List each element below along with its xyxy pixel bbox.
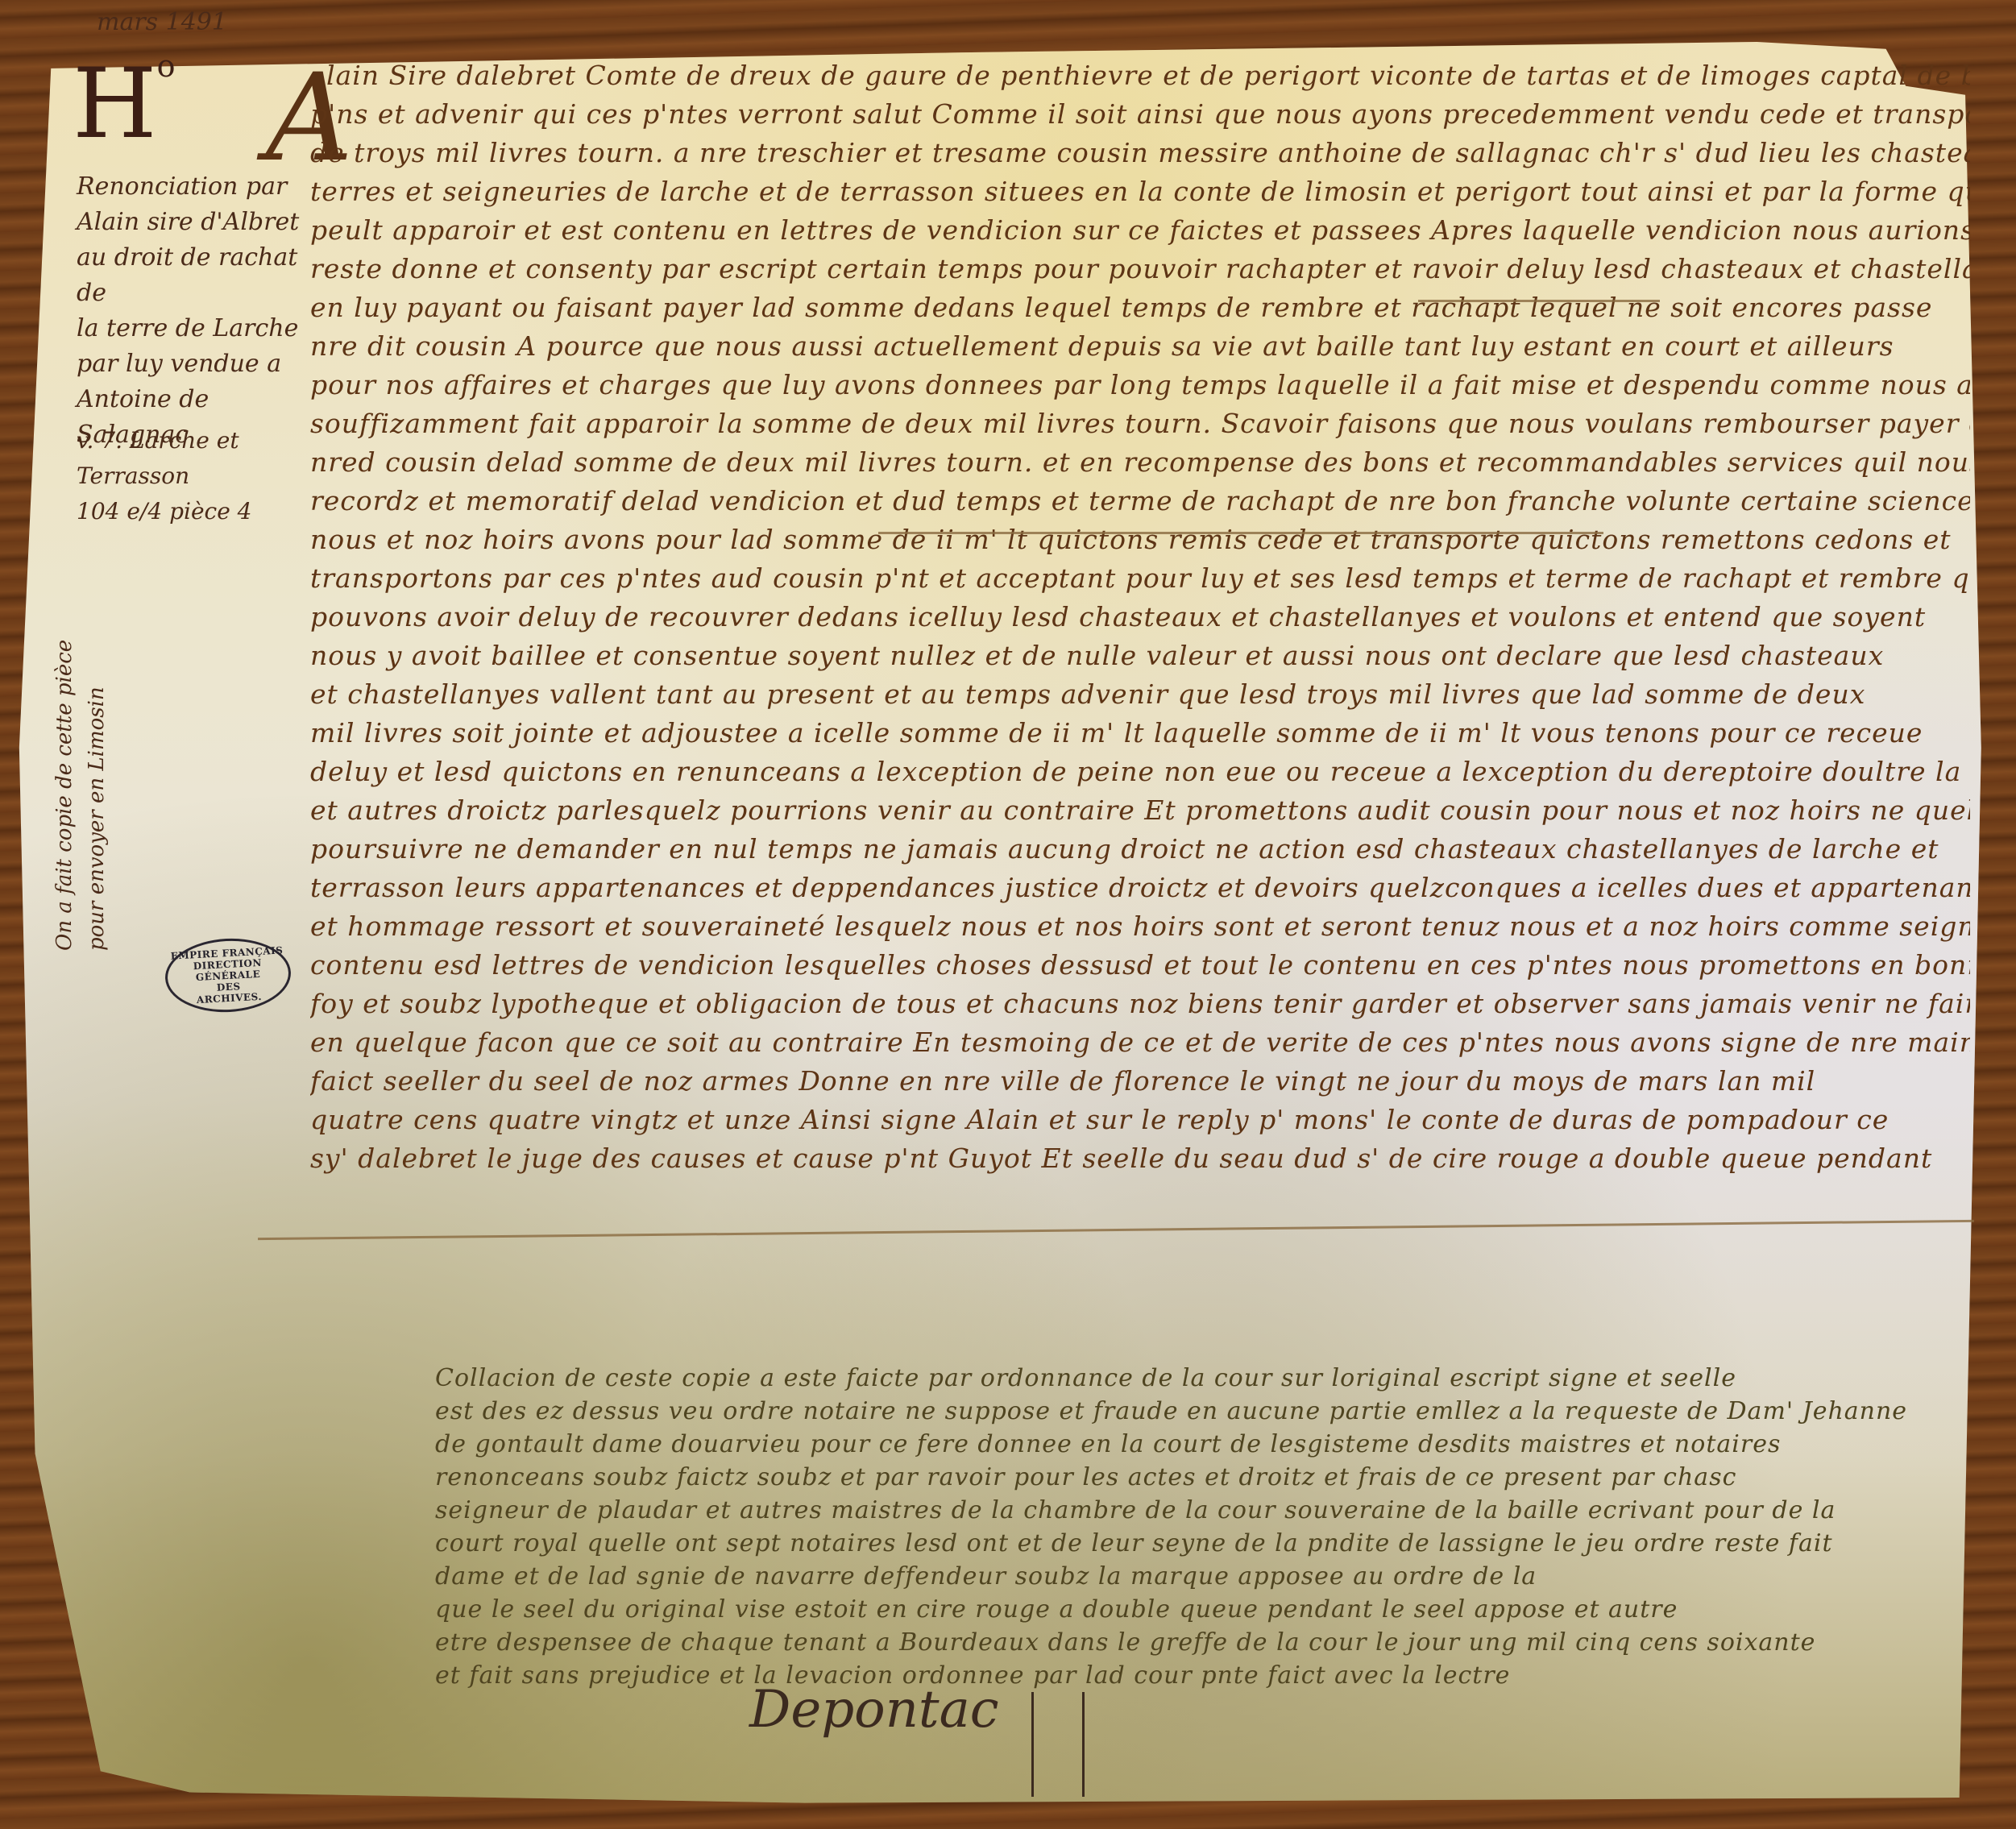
collation-attestation: Collacion de ceste copie a este faicte p… [435, 1362, 1966, 1692]
side-reference-line: v. 7. Larche et Terrasson [77, 423, 318, 494]
signature-paraph-mark [1031, 1692, 1085, 1797]
charter-line: transportons par ces p'ntes aud cousin p… [310, 559, 1970, 598]
vertical-margin-note: On a fait copie de cette pièce pour envo… [48, 532, 113, 951]
charter-line: recordz et memoratif delad vendicion et … [310, 482, 1970, 520]
charter-line: poursuivre ne demander en nul temps ne j… [310, 830, 1970, 869]
charter-line: souffizamment fait apparoir la somme de … [310, 404, 1970, 443]
charter-line: pouvons avoir deluy de recouvrer dedans … [310, 598, 1970, 637]
charter-line: et hommage ressort et souveraineté lesqu… [310, 907, 1970, 946]
attestation-line: de gontault dame douarvieu pour ce fere … [435, 1428, 1966, 1461]
charter-line: faict seeller du seel de noz armes Donne… [310, 1062, 1970, 1101]
charter-line: nous y avoit baillee et consentue soyent… [310, 637, 1970, 675]
charter-line: nous et noz hoirs avons pour lad somme d… [310, 520, 1970, 559]
attestation-line: dame et de lad sgnie de navarre deffende… [435, 1560, 1966, 1593]
vertical-note-line: pour envoyer en Limosin [81, 532, 113, 951]
charter-line: terres et seigneuries de larche et de te… [310, 172, 1970, 211]
attestation-line: renonceans soubz faictz soubz et par rav… [435, 1461, 1966, 1494]
attestation-line: Collacion de ceste copie a este faicte p… [435, 1362, 1966, 1395]
margin-line: au droit de rachat de [77, 240, 318, 311]
charter-body: lain Sire dalebret Comte de dreux de gau… [310, 56, 1970, 1178]
margin-summary: Renonciation par Alain sire d'Albret au … [77, 169, 318, 453]
charter-line: reste donne et consenty par escript cert… [310, 250, 1970, 288]
side-reference-line: 104 e/4 pièce 4 [77, 494, 318, 529]
attestation-line: court royal quelle ont sept notaires les… [435, 1527, 1966, 1560]
charter-line: peult apparoir et est contenu en lettres… [310, 211, 1970, 250]
underline-rule [1418, 300, 1660, 302]
vertical-note-line: On a fait copie de cette pièce [48, 532, 81, 951]
charter-line: et autres droictz parlesquelz pourrions … [310, 791, 1970, 830]
margin-line: la terre de Larche [77, 311, 318, 346]
margin-line: Alain sire d'Albret [77, 205, 318, 240]
charter-line: pour nos affaires et charges que luy avo… [310, 366, 1970, 404]
side-reference: v. 7. Larche et Terrasson 104 e/4 pièce … [77, 423, 318, 529]
charter-line: p'ns et advenir qui ces p'ntes verront s… [310, 95, 1970, 134]
attestation-line: et fait sans prejudice et la levacion or… [435, 1659, 1966, 1692]
year-annotation: mars 1491 [97, 8, 227, 36]
cote-superscript: o [157, 48, 176, 84]
attestation-line: est des ez dessus veu ordre notaire ne s… [435, 1395, 1966, 1428]
charter-line: de troys mil livres tourn. a nre treschi… [310, 134, 1970, 172]
cote-letter: H [73, 48, 157, 160]
archive-cote-mark: Ho [73, 48, 176, 160]
charter-line: deluy et lesd quictons en renunceans a l… [310, 753, 1970, 791]
attestation-line: etre despensee de chaque tenant a Bourde… [435, 1626, 1966, 1659]
attestation-line: que le seel du original vise estoit en c… [435, 1593, 1966, 1626]
attestation-line: seigneur de plaudar et autres maistres d… [435, 1494, 1966, 1527]
charter-line: nred cousin delad somme de deux mil livr… [310, 443, 1970, 482]
charter-line: terrasson leurs appartenances et deppend… [310, 869, 1970, 907]
charter-line: et chastellanyes vallent tant au present… [310, 675, 1970, 714]
underline-rule [878, 532, 1603, 534]
charter-line: nre dit cousin A pource que nous aussi a… [310, 327, 1970, 366]
notary-signature: Depontac [749, 1680, 999, 1740]
stamp-line: ARCHIVES. [197, 990, 263, 1005]
charter-line: sy' dalebret le juge des causes et cause… [310, 1139, 1970, 1178]
charter-line: quatre cens quatre vingtz et unze Ainsi … [310, 1101, 1970, 1139]
charter-line: contenu esd lettres de vendicion lesquel… [310, 946, 1970, 985]
charter-line: mil livres soit jointe et adjoustee a ic… [310, 714, 1970, 753]
margin-line: par luy vendue a [77, 346, 318, 382]
charter-line: lain Sire dalebret Comte de dreux de gau… [310, 56, 1970, 95]
charter-line: foy et soubz lypotheque et obligacion de… [310, 985, 1970, 1023]
charter-line: en quelque facon que ce soit au contrair… [310, 1023, 1970, 1062]
charter-line: en luy payant ou faisant payer lad somme… [310, 288, 1970, 327]
